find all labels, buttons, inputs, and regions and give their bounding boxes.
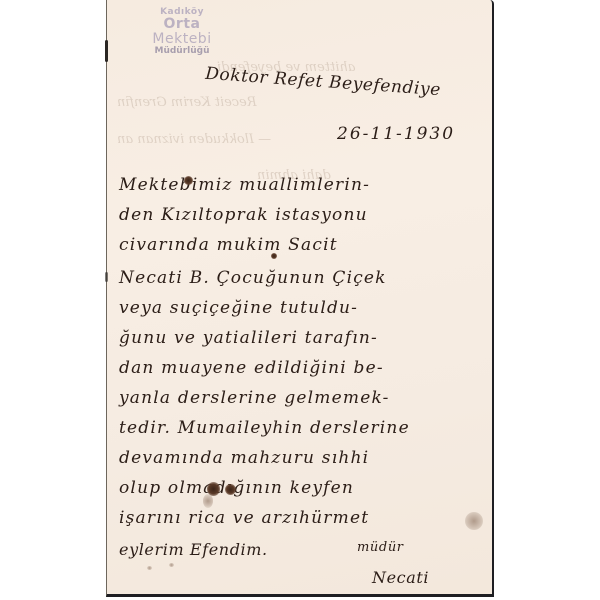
- signatory-title: müdür: [357, 540, 404, 555]
- ink-stain: [147, 566, 152, 570]
- body-line: tedir. Mumaileyhin derslerine: [119, 418, 410, 438]
- ink-stain: [225, 484, 236, 495]
- body-line: yanla derslerine gelmemek-: [119, 388, 390, 408]
- body-line: Mektebimiz muallimlerin-: [119, 175, 370, 195]
- ink-stain: [203, 494, 213, 508]
- letter-date: 26-11-1930: [337, 124, 455, 144]
- stamp-line-2: Orta Mektebi: [132, 17, 232, 46]
- body-line: olup olmadığının keyfen: [119, 478, 354, 498]
- letter-paper: ahittem ve beyefendi Receit Kerim Grenfi…: [106, 0, 494, 597]
- ink-stain: [169, 563, 174, 567]
- stamp-line-2-rest: Mektebi: [152, 31, 211, 47]
- signature: Necati: [372, 568, 429, 587]
- body-line: den Kızıltoprak istasyonu: [119, 205, 368, 225]
- ink-stain: [465, 512, 483, 530]
- paper-edge-mark: [105, 272, 108, 282]
- body-line: devamında mahzuru sıhhi: [119, 448, 369, 468]
- stamp-line-2-bold: Orta: [164, 16, 201, 32]
- body-line: veya suçiçeğine tutuldu-: [119, 298, 358, 318]
- body-line: civarında mukim Sacit: [119, 235, 338, 255]
- body-line: dan muayene edildiğini be-: [119, 358, 384, 378]
- ink-stain: [184, 176, 193, 185]
- body-line: işarını rica ve arzıhürmet: [119, 508, 369, 528]
- closing-line: eylerim Efendim.: [119, 540, 268, 559]
- paper-edge-mark: [105, 40, 108, 62]
- stamp-line-3: Müdürlüğü: [132, 47, 232, 56]
- body-line: Necati B. Çocuğunun Çiçek: [119, 268, 387, 288]
- ink-stain: [271, 253, 277, 259]
- bleed-through-text: — Ilokkuden iviznan an: [117, 132, 271, 147]
- school-stamp: Kadıköy Orta Mektebi Müdürlüğü: [132, 8, 232, 56]
- bleed-through-text: Receit Kerim Grenfin: [117, 95, 257, 110]
- body-line: ğunu ve yatialileri tarafın-: [119, 328, 378, 348]
